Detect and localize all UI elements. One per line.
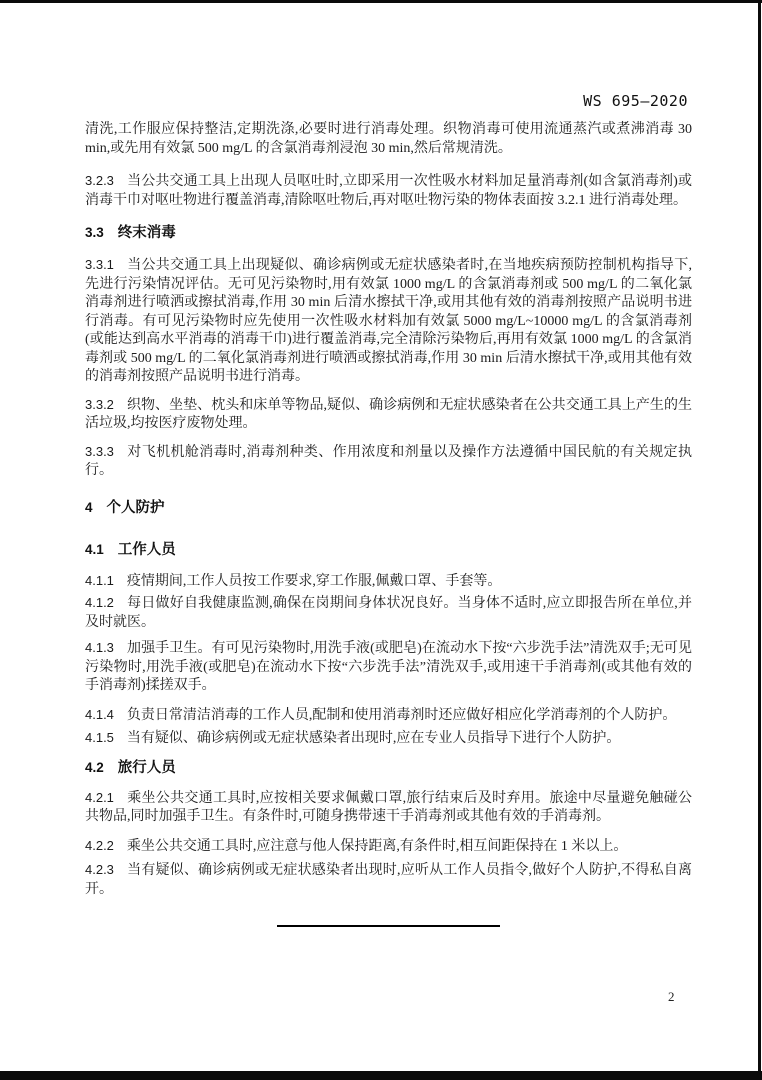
clause-text: 当公共交通工具上出现疑似、确诊病例或无症状感染者时,在当地疾病预防控制机构指导下… [85,258,692,384]
scan-edge-right [758,0,761,1080]
heading-number: 4.2 [85,760,104,775]
clause-number: 3.3.3 [85,444,114,459]
clause-text: 当有疑似、确诊病例或无症状感染者出现时,应在专业人员指导下进行个人防护。 [127,731,621,746]
clause-number: 4.1.2 [85,595,114,610]
scan-edge-top [0,0,762,3]
heading-text: 工作人员 [118,542,176,558]
clause-4-1-1: 4.1.1疫情期间,工作人员按工作要求,穿工作服,佩戴口罩、手套等。 [85,572,692,592]
clause-number: 4.2.3 [85,862,114,877]
heading-3-3: 3.3终末消毒 [85,225,692,241]
heading-number: 3.3 [85,225,104,240]
document-page: WS 695—2020 清洗,工作服应保持整洁,定期洗涤,必要时进行消毒处理。织… [0,0,762,1080]
clause-4-1-2: 4.1.2每日做好自我健康监测,确保在岗期间身体状况良好。当身体不适时,应立即报… [85,594,692,632]
clause-number: 4.1.4 [85,707,114,722]
paragraph-continuation: 清洗,工作服应保持整洁,定期洗涤,必要时进行消毒处理。织物消毒可使用流通蒸汽或煮… [85,121,692,158]
clause-3-3-1: 3.3.1当公共交通工具上出现疑似、确诊病例或无症状感染者时,在当地疾病预防控制… [85,256,692,387]
clause-text: 每日做好自我健康监测,确保在岗期间身体状况良好。当身体不适时,应立即报告所在单位… [85,596,692,630]
clause-4-2-1: 4.2.1乘坐公共交通工具时,应按相关要求佩戴口罩,旅行结束后及时弃用。旅途中尽… [85,789,692,827]
heading-text: 个人防护 [107,500,165,516]
clause-text: 疫情期间,工作人员按工作要求,穿工作服,佩戴口罩、手套等。 [127,574,502,589]
end-of-document-rule [277,925,500,927]
paragraph-text: 清洗,工作服应保持整洁,定期洗涤,必要时进行消毒处理。织物消毒可使用流通蒸汽或煮… [85,122,692,156]
clause-4-2-3: 4.2.3当有疑似、确诊病例或无症状感染者出现时,应听从工作人员指令,做好个人防… [85,861,692,899]
clause-text: 负责日常清洁消毒的工作人员,配制和使用消毒剂时还应做好相应化学消毒剂的个人防护。 [127,708,677,723]
clause-text: 对飞机机舱消毒时,消毒剂种类、作用浓度和剂量以及操作方法遵循中国民航的有关规定执… [85,445,692,479]
heading-number: 4 [85,500,93,515]
clause-number: 3.2.3 [85,173,114,188]
clause-number: 3.3.2 [85,397,114,412]
clause-number: 4.1.3 [85,640,114,655]
document-body: 清洗,工作服应保持整洁,定期洗涤,必要时进行消毒处理。织物消毒可使用流通蒸汽或煮… [85,121,692,899]
clause-number: 4.2.2 [85,838,114,853]
clause-4-1-4: 4.1.4负责日常清洁消毒的工作人员,配制和使用消毒剂时还应做好相应化学消毒剂的… [85,706,692,726]
page-number: 2 [668,989,675,1005]
clause-text: 乘坐公共交通工具时,应按相关要求佩戴口罩,旅行结束后及时弃用。旅途中尽量避免触碰… [85,791,692,825]
scan-edge-bottom [0,1071,762,1080]
clause-text: 当公共交通工具上出现人员呕吐时,立即采用一次性吸水材料加足量消毒剂(如含氯消毒剂… [85,174,692,208]
clause-text: 乘坐公共交通工具时,应注意与他人保持距离,有条件时,相互间距保持在 1 米以上。 [127,839,628,854]
heading-4-1: 4.1工作人员 [85,542,692,558]
clause-3-2-3: 3.2.3当公共交通工具上出现人员呕吐时,立即采用一次性吸水材料加足量消毒剂(如… [85,172,692,210]
clause-number: 4.2.1 [85,790,114,805]
heading-4: 4个人防护 [85,500,692,516]
clause-3-3-3: 3.3.3对飞机机舱消毒时,消毒剂种类、作用浓度和剂量以及操作方法遵循中国民航的… [85,443,692,481]
heading-text: 旅行人员 [118,760,176,776]
clause-4-1-3: 4.1.3加强手卫生。有可见污染物时,用洗手液(或肥皂)在流动水下按“六步洗手法… [85,639,692,696]
heading-text: 终末消毒 [118,225,176,241]
clause-number: 4.1.5 [85,730,114,745]
heading-4-2: 4.2旅行人员 [85,760,692,776]
standard-number-header: WS 695—2020 [583,92,688,110]
clause-text: 织物、坐垫、枕头和床单等物品,疑似、确诊病例和无症状感染者在公共交通工具上产生的… [85,398,692,432]
clause-3-3-2: 3.3.2织物、坐垫、枕头和床单等物品,疑似、确诊病例和无症状感染者在公共交通工… [85,396,692,434]
heading-number: 4.1 [85,542,104,557]
clause-4-1-5: 4.1.5当有疑似、确诊病例或无症状感染者出现时,应在专业人员指导下进行个人防护… [85,729,692,749]
clause-text: 当有疑似、确诊病例或无症状感染者出现时,应听从工作人员指令,做好个人防护,不得私… [85,863,692,897]
clause-number: 4.1.1 [85,573,114,588]
clause-number: 3.3.1 [85,257,114,272]
clause-text: 加强手卫生。有可见污染物时,用洗手液(或肥皂)在流动水下按“六步洗手法”清洗双手… [85,641,692,693]
clause-4-2-2: 4.2.2乘坐公共交通工具时,应注意与他人保持距离,有条件时,相互间距保持在 1… [85,837,692,857]
